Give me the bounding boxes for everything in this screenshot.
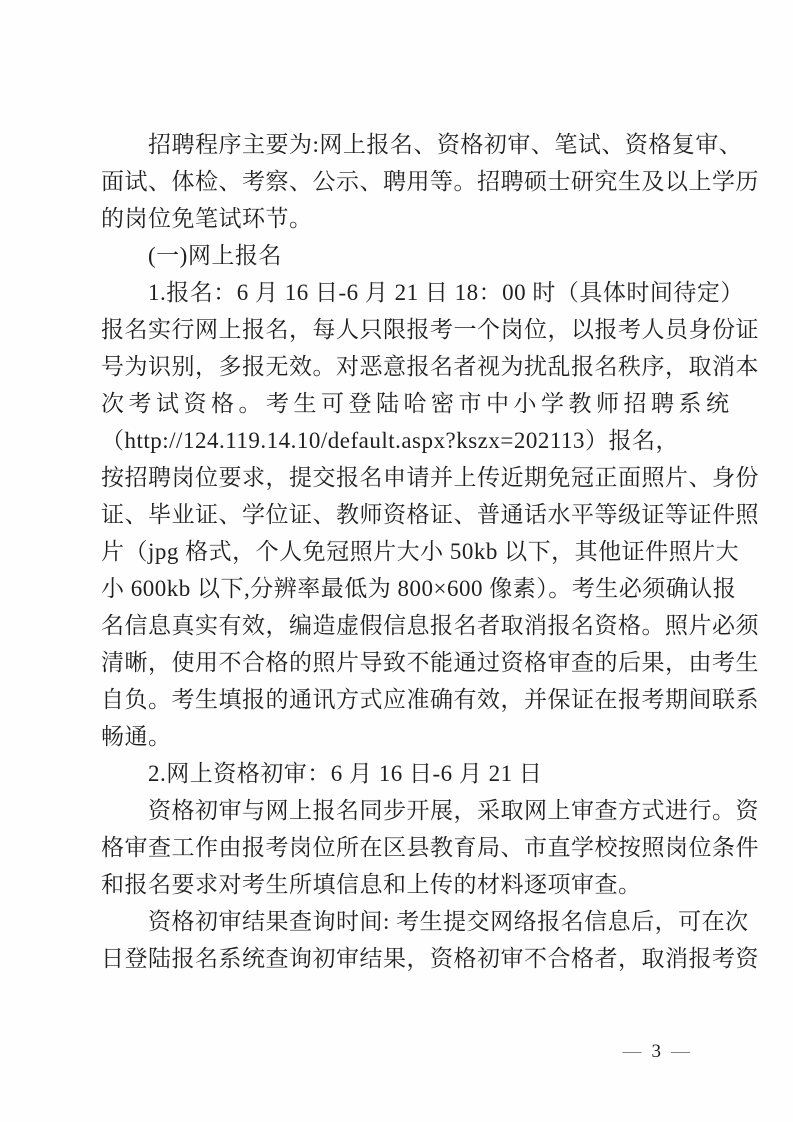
text-line: 报名实行网上报名，每人只限报考一个岗位，以报考人员身份证: [101, 311, 707, 348]
registration-url-line: （http://124.119.14.10/default.aspx?kszx=…: [101, 422, 707, 459]
page-footer: —3—: [623, 1040, 691, 1064]
text-line: 号为识别，多报无效。对恶意报名者视为扰乱报名秩序，取消本: [101, 348, 707, 385]
page-number-dash-right: —: [671, 1041, 690, 1062]
text-line: 资格初审结果查询时间: 考生提交网络报名信息后，可在次: [101, 903, 707, 940]
page-number-dash-left: —: [623, 1041, 642, 1062]
text-line: 自负。考生填报的通讯方式应准确有效，并保证在报考期间联系: [101, 681, 707, 718]
subsection-heading: 1.报名：6 月 16 日-6 月 21 日 18：00 时（具体时间待定）: [101, 274, 707, 311]
text-line: 证、毕业证、学位证、教师资格证、普通话水平等级证等证件照: [101, 496, 707, 533]
text-line: 日登陆报名系统查询初审结果，资格初审不合格者，取消报考资: [101, 940, 707, 977]
document-body: 招聘程序主要为:网上报名、资格初审、笔试、资格复审、 面试、体检、考察、公示、聘…: [101, 126, 707, 977]
text-line: 面试、体检、考察、公示、聘用等。招聘硕士研究生及以上学历: [101, 163, 707, 200]
text-line: 按招聘岗位要求，提交报名申请并上传近期免冠正面照片、身份: [101, 459, 707, 496]
text-line: 片（jpg 格式，个人免冠照片大小 50kb 以下，其他证件照片大: [101, 533, 707, 570]
text-line: 小 600kb 以下,分辨率最低为 800×600 像素）。考生必须确认报: [101, 570, 707, 607]
text-line: 格审查工作由报考岗位所在区县教育局、市直学校按照岗位条件: [101, 829, 707, 866]
text-line: 和报名要求对考生所填信息和上传的材料逐项审查。: [101, 866, 707, 903]
section-heading: (一)网上报名: [101, 237, 707, 274]
subsection-heading: 2.网上资格初审：6 月 16 日-6 月 21 日: [101, 755, 707, 792]
document-page: 招聘程序主要为:网上报名、资格初审、笔试、资格复审、 面试、体检、考察、公示、聘…: [0, 0, 793, 1122]
text-line: 招聘程序主要为:网上报名、资格初审、笔试、资格复审、: [101, 126, 707, 163]
page-number: 3: [652, 1041, 662, 1062]
text-line: 的岗位免笔试环节。: [101, 200, 707, 237]
text-line: 畅通。: [101, 718, 707, 755]
text-line: 名信息真实有效，编造虚假信息报名者取消报名资格。照片必须: [101, 607, 707, 644]
text-line: 次考试资格。考生可登陆哈密市中小学教师招聘系统: [101, 385, 707, 422]
text-line: 清晰，使用不合格的照片导致不能通过资格审查的后果，由考生: [101, 644, 707, 681]
text-line: 资格初审与网上报名同步开展，采取网上审查方式进行。资: [101, 792, 707, 829]
